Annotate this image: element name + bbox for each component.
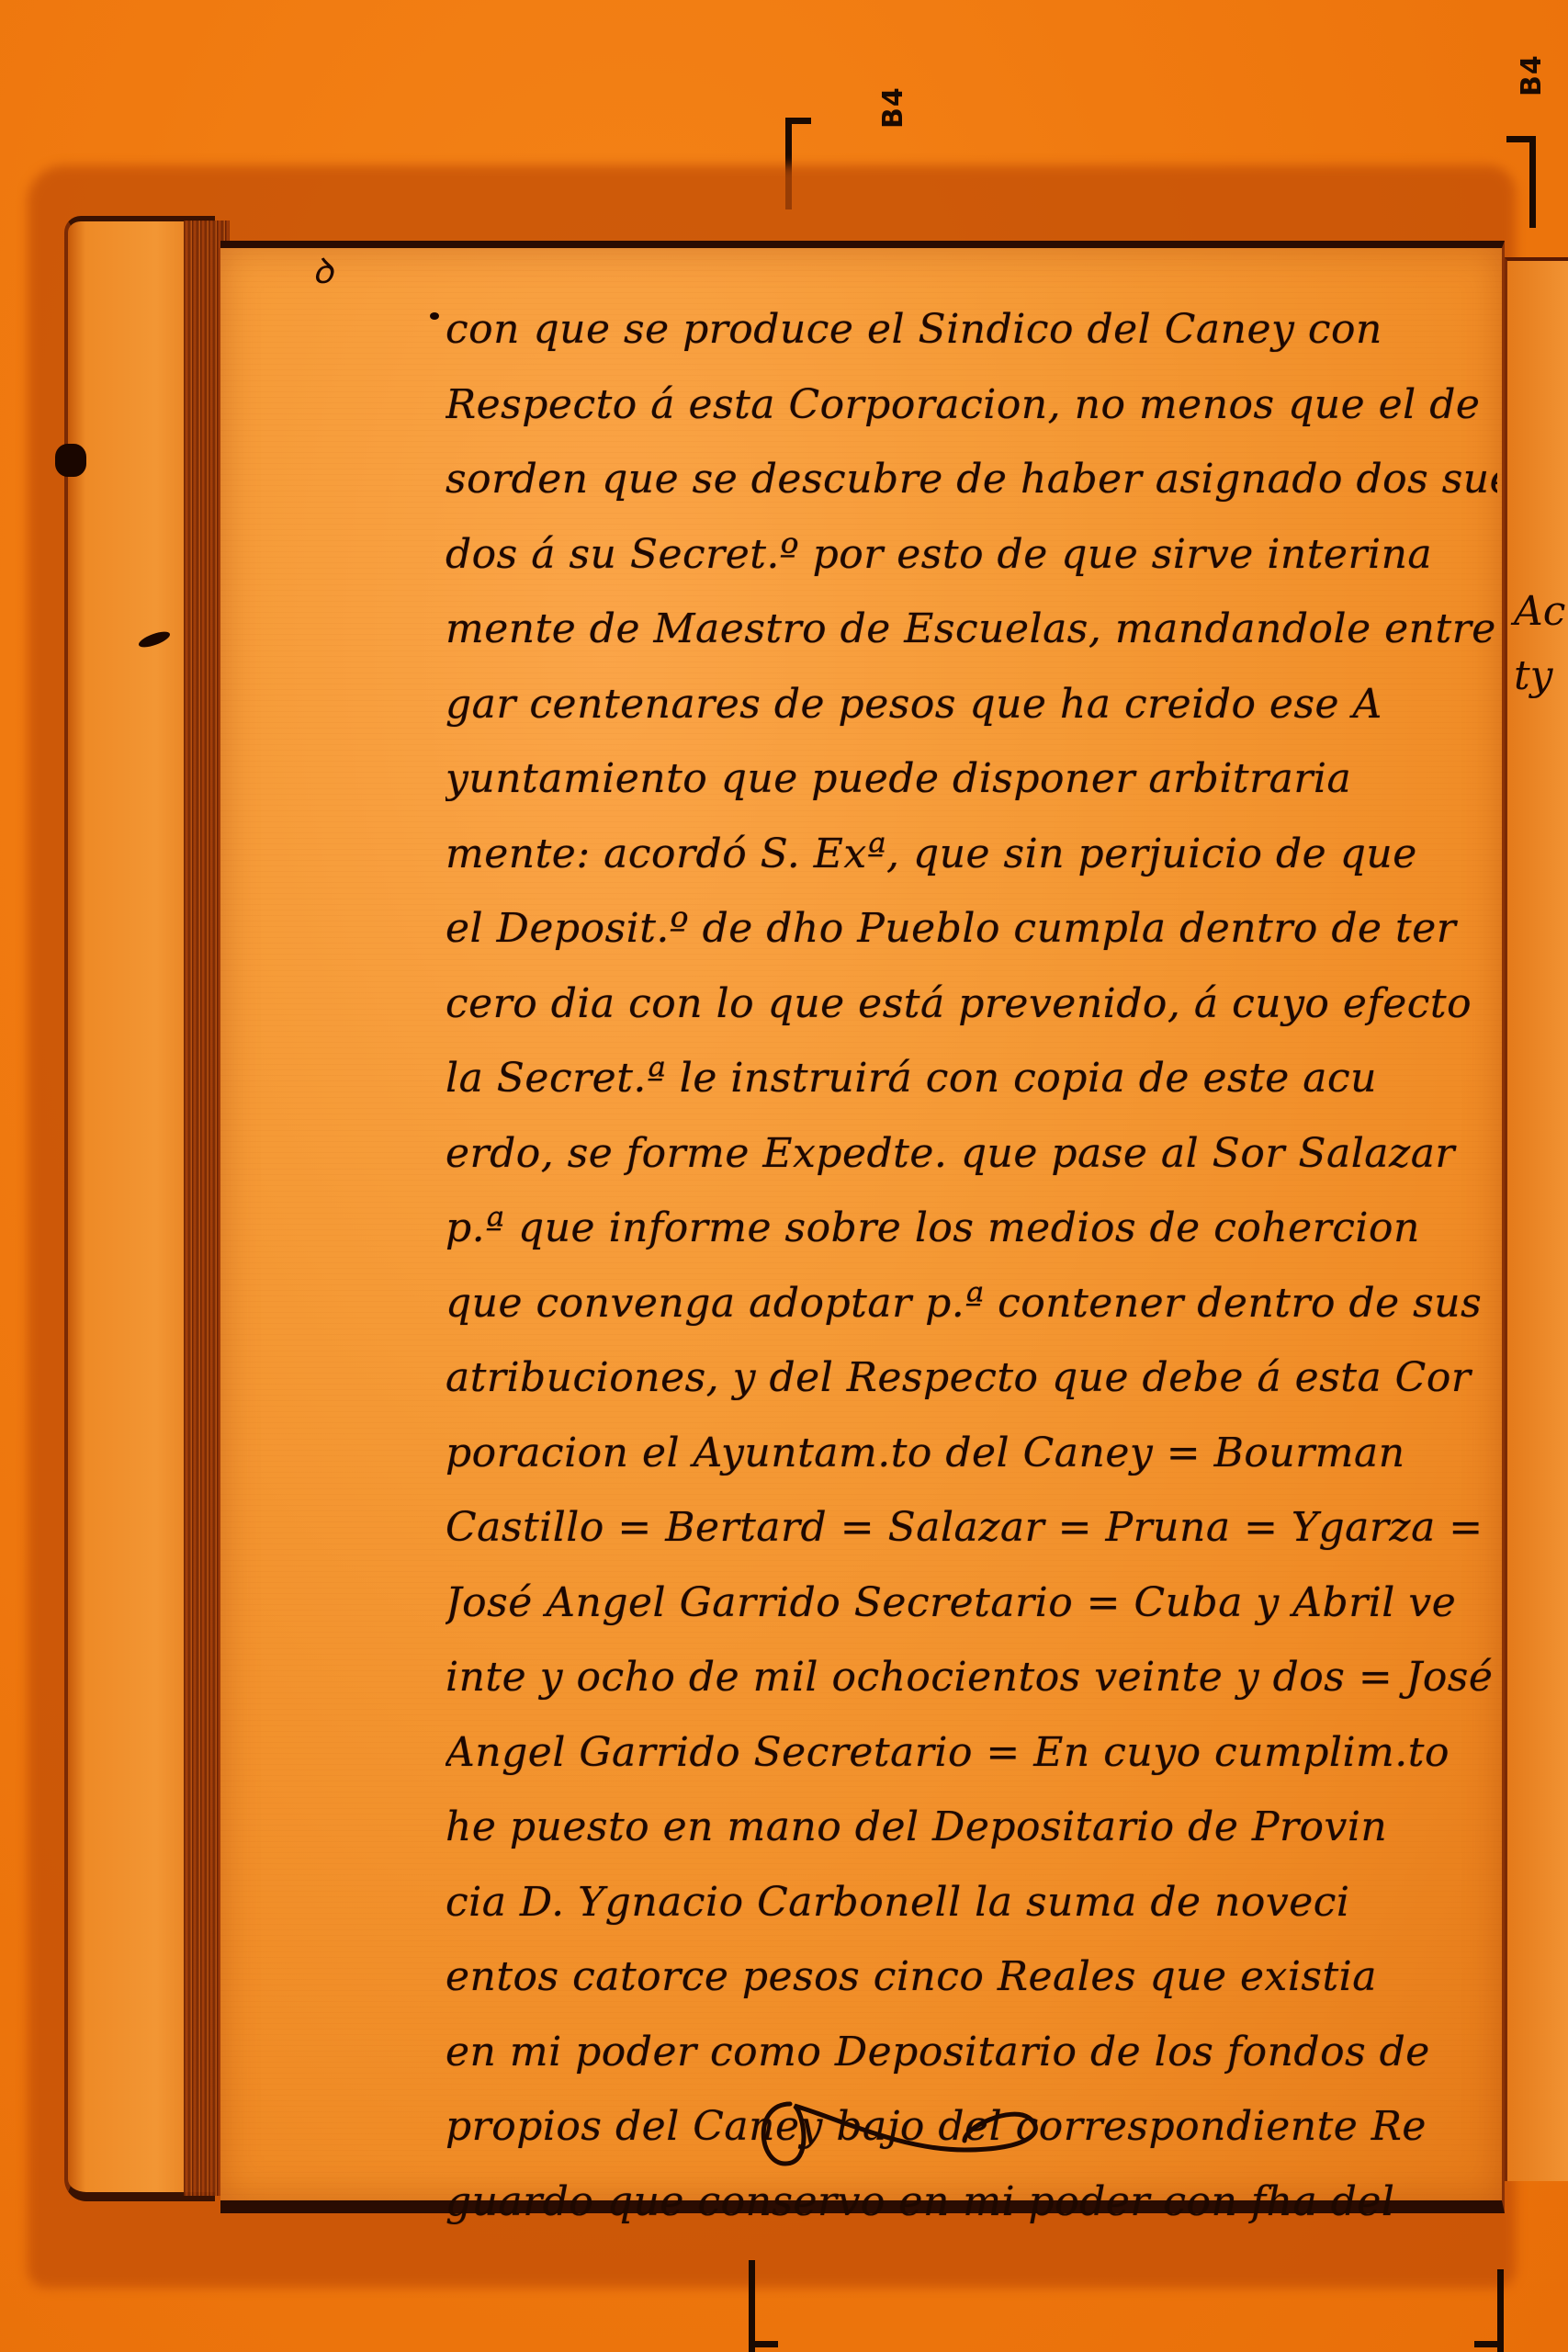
text-line: en mi poder como Depositario de los fond… — [446, 2015, 1497, 2090]
text-line: Respecto á esta Corporacion, no menos qu… — [446, 367, 1497, 443]
text-line: que convenga adoptar p.ª contener dentro… — [446, 1266, 1497, 1341]
adjacent-right-page — [1505, 257, 1568, 2181]
text-line: p.ª que informe sobre los medios de cohe… — [446, 1191, 1497, 1266]
text-line: gar centenares de pesos que ha creido es… — [446, 667, 1497, 742]
text-line: inte y ocho de mil ochocientos veinte y … — [446, 1640, 1497, 1715]
text-line: Angel Garrido Secretario = En cuyo cumpl… — [446, 1715, 1497, 1791]
text-line: dos á su Secret.º por esto de que sirve … — [446, 517, 1497, 593]
margin-dot — [430, 312, 439, 320]
text-line: yuntamiento que puede disponer arbitrari… — [446, 741, 1497, 817]
rubric-flourish-icon — [753, 2095, 1102, 2177]
text-line: cia D. Ygnacio Carbonell la suma de nove… — [446, 1865, 1497, 1940]
text-line: con que se produce el Sindico del Caney … — [446, 292, 1497, 367]
margin-mark: ꝺ — [312, 246, 333, 294]
crop-label-top-right: B4 — [1516, 54, 1548, 96]
text-line: sorden que se descubre de haber asignado… — [446, 442, 1497, 517]
text-line: mente de Maestro de Escuelas, mandandole… — [446, 592, 1497, 667]
text-line: mente: acordó S. Exª, que sin perjuicio … — [446, 817, 1497, 892]
text-line: cero dia con lo que está prevenido, á cu… — [446, 967, 1497, 1042]
text-line: entos catorce pesos cinco Reales que exi… — [446, 1939, 1497, 2015]
text-line: Castillo = Bertard = Salazar = Pruna = Y… — [446, 1490, 1497, 1566]
ink-blot — [55, 444, 86, 477]
margin-note-2: ty — [1514, 652, 1553, 699]
margin-note-1: Ac — [1514, 588, 1565, 635]
text-line: poracion el Ayuntam.to del Caney = Bourm… — [446, 1416, 1497, 1491]
text-line: el Deposit.º de dho Pueblo cumpla dentro… — [446, 891, 1497, 967]
text-line: la Secret.ª le instruirá con copia de es… — [446, 1041, 1497, 1116]
text-line: he puesto en mano del Depositario de Pro… — [446, 1790, 1497, 1865]
crop-label-top-left: B4 — [877, 86, 909, 129]
text-line: atribuciones, y del Respecto que debe á … — [446, 1340, 1497, 1416]
manuscript-text: con que se produce el Sindico del Caney … — [446, 292, 1497, 2239]
text-line: erdo, se forme Expedte. que pase al Sor … — [446, 1116, 1497, 1192]
text-line: José Angel Garrido Secretario = Cuba y A… — [446, 1566, 1497, 1641]
